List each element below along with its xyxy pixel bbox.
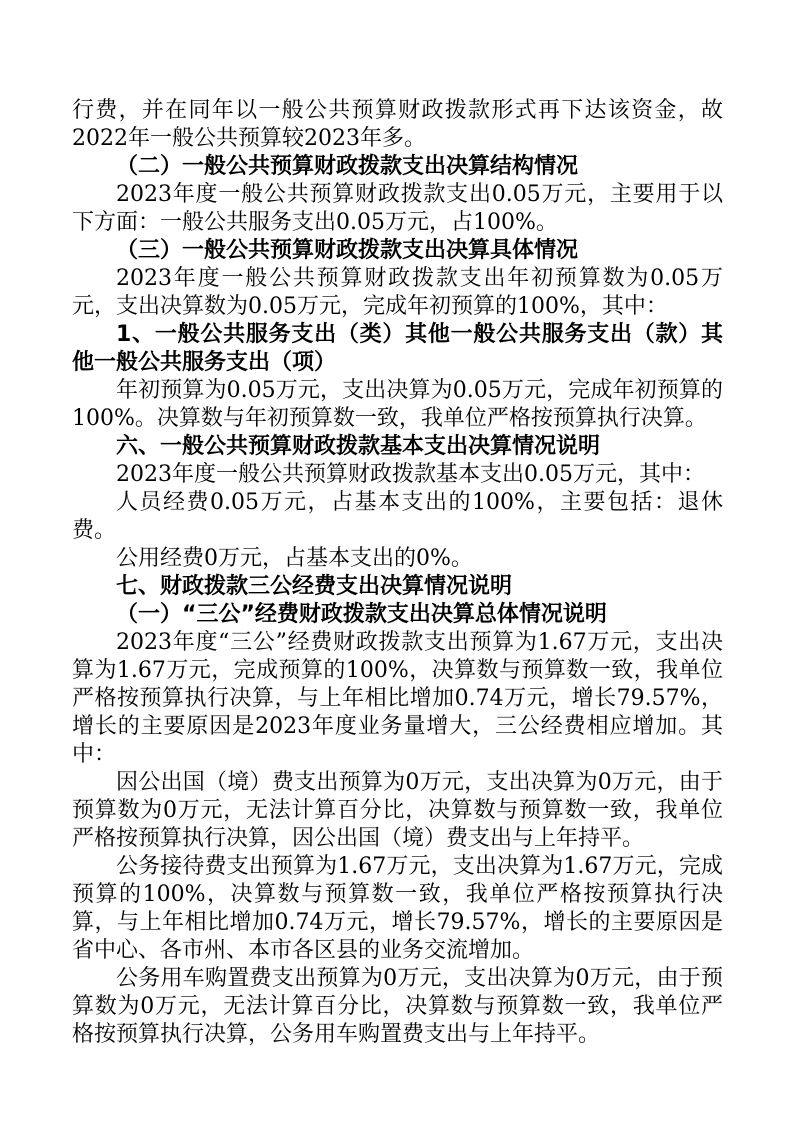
heading-part-7: 七、财政拨款三公经费支出决算情况说明 — [72, 573, 723, 601]
heading-section-1-three-public: （一）“三公”经费财政拨款支出决算总体情况说明 — [72, 601, 723, 629]
paragraph-continuation: 行费，并在同年以一般公共预算财政拨款形式再下达该资金，故2022年一般公共预算较… — [72, 97, 723, 153]
document-page: 行费，并在同年以一般公共预算财政拨款形式再下达该资金，故2022年一般公共预算较… — [0, 0, 793, 1122]
paragraph-public-funds: 公用经费0万元，占基本支出的0%。 — [72, 545, 723, 573]
paragraph-expenditure-structure: 2023年度一般公共预算财政拨款支出0.05万元，主要用于以下方面：一般公共服务… — [72, 181, 723, 237]
paragraph-basic-expenditure: 2023年度一般公共预算财政拨款基本支出0.05万元，其中： — [72, 461, 723, 489]
paragraph-expenditure-detail: 2023年度一般公共预算财政拨款支出年初预算数为0.05万元，支出决算数为0.0… — [72, 265, 723, 321]
heading-section-3: （三）一般公共预算财政拨款支出决算具体情况 — [72, 237, 723, 265]
paragraph-overseas-travel: 因公出国（境）费支出预算为0万元，支出决算为0万元，由于预算数为0万元，无法计算… — [72, 769, 723, 853]
heading-section-2: （二）一般公共预算财政拨款支出决算结构情况 — [72, 153, 723, 181]
paragraph-official-reception: 公务接待费支出预算为1.67万元，支出决算为1.67万元，完成预算的100%，决… — [72, 853, 723, 965]
paragraph-three-public-overall: 2023年度“三公”经费财政拨款支出预算为1.67万元，支出决算为1.67万元，… — [72, 629, 723, 769]
paragraph-item-1-detail: 年初预算为0.05万元，支出决算为0.05万元，完成年初预算的100%。决算数与… — [72, 377, 723, 433]
heading-part-6: 六、一般公共预算财政拨款基本支出决算情况说明 — [72, 433, 723, 461]
paragraph-vehicle-purchase: 公务用车购置费支出预算为0万元，支出决算为0万元，由于预算数为0万元，无法计算百… — [72, 965, 723, 1049]
paragraph-personnel-funds: 人员经费0.05万元，占基本支出的100%，主要包括：退休费。 — [72, 489, 723, 545]
heading-item-1: 1、一般公共服务支出（类）其他一般公共服务支出（款）其他一般公共服务支出（项） — [72, 321, 723, 377]
document-body: 行费，并在同年以一般公共预算财政拨款形式再下达该资金，故2022年一般公共预算较… — [72, 97, 723, 1049]
